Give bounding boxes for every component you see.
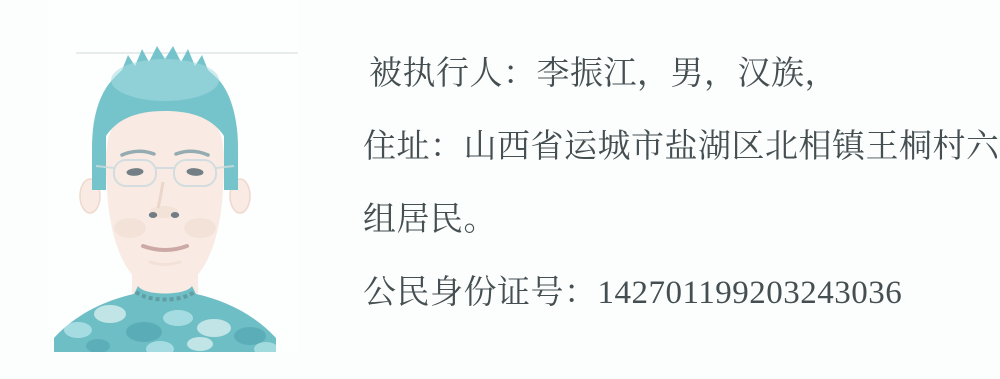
portrait-illustration [48,0,298,352]
subject-line-address-cont: 组居民。 [363,184,1000,257]
portrait-photo [48,0,298,352]
subject-line-address: 住址：山西省运城市盐湖区北相镇王桐村六 [363,111,1000,184]
subject-line-name: 被执行人：李振江，男，汉族， [363,38,1000,111]
subject-line-id-number: 公民身份证号：142701199203243036 [363,257,1000,330]
scan-wash-overlay [48,0,298,352]
scanned-notice-page: 被执行人：李振江，男，汉族， 住址：山西省运城市盐湖区北相镇王桐村六 组居民。 … [0,0,1000,379]
subject-info-text: 被执行人：李振江，男，汉族， 住址：山西省运城市盐湖区北相镇王桐村六 组居民。 … [363,38,1000,330]
portrait-group [48,0,298,352]
